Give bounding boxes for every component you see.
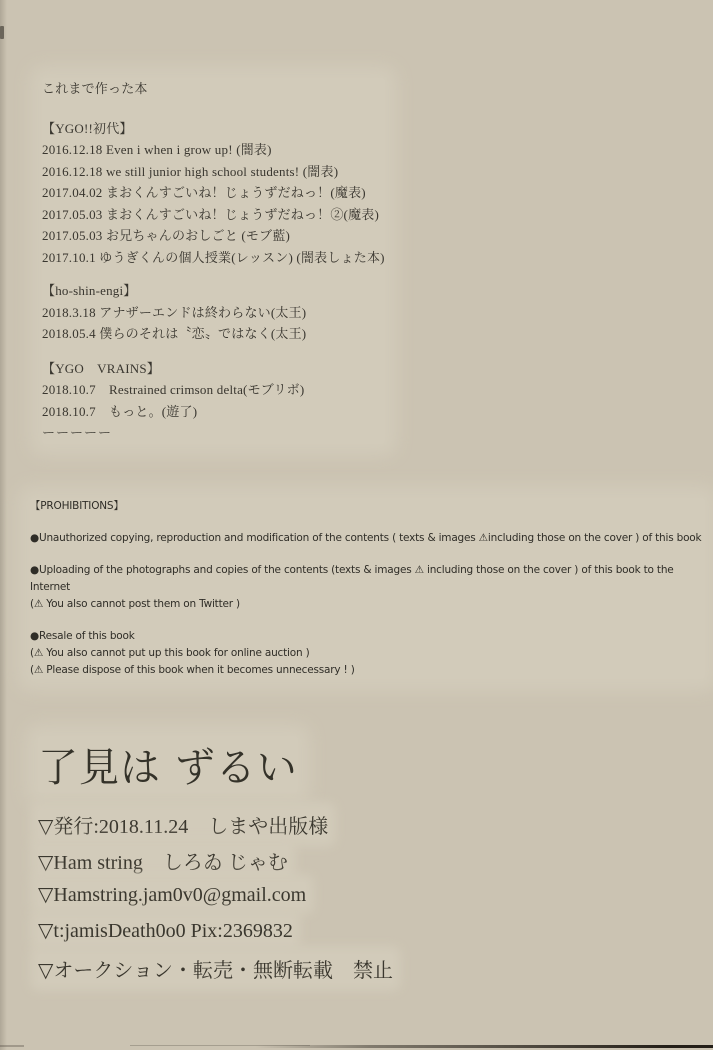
scan-artifact-mark	[0, 26, 4, 39]
scan-bottom-left-mark	[0, 1045, 24, 1047]
colophon-line: ▽t:jamisDeath0o0 Pix:2369832	[38, 918, 393, 944]
colophon-line-text: ▽t:jamisDeath0o0 Pix:2369832	[38, 918, 293, 943]
prohibition-line: (⚠ Please dispose of this book when it b…	[30, 662, 705, 679]
section-ygo-vrains: 【YGO VRAINS】 2018.10.7 Restrained crimso…	[42, 358, 385, 423]
colophon-info: ▽発行:2018.11.24 しまや出版様▽Ham string しろゐ じゃむ…	[38, 810, 393, 990]
prohibitions-header: 【PROHIBITIONS】	[30, 498, 705, 515]
section-header: 【YGO VRAINS】	[42, 358, 385, 380]
section-items: 2018.3.18 アナザーエンドは終わらない(太王)2018.05.4 僕らの…	[42, 302, 385, 345]
book-entry: 2018.10.7 Restrained crimson delta(モブリボ)	[42, 379, 385, 401]
colophon-line-text: ▽オークション・転売・無断転載 禁止	[38, 954, 393, 983]
colophon-lines: ▽発行:2018.11.24 しまや出版様▽Ham string しろゐ じゃむ…	[38, 810, 393, 980]
book-entry: 2018.10.7 もっと。(遊了)	[42, 401, 385, 423]
scan-bottom-dark-line	[255, 1045, 713, 1048]
section-header: 【YGO!!初代】	[42, 118, 385, 140]
booklist-intro: これまで作った本	[42, 78, 385, 100]
doujin-title: 了見は ずるい	[38, 736, 298, 793]
section-header: 【ho-shin-engi】	[42, 280, 385, 302]
prohibition-line: ●Resale of this book	[30, 628, 705, 645]
colophon-line: ▽発行:2018.11.24 しまや出版様	[38, 810, 393, 836]
colophon-line-text: ▽Ham string しろゐ じゃむ	[38, 846, 288, 875]
book-entry: 2017.05.03 まおくんすごいね！じょうずだねっ！②(魔表)	[42, 204, 385, 226]
prohibition-line: (⚠ You also cannot put up this book for …	[30, 645, 705, 662]
scanned-colophon-page: これまで作った本 【YGO!!初代】 2016.12.18 Even i whe…	[0, 0, 713, 1050]
colophon-line: ▽Ham string しろゐ じゃむ	[38, 846, 393, 872]
book-entry: 2016.12.18 we still junior high school s…	[42, 161, 385, 183]
book-entry: 2017.04.02 まおくんすごいね！じょうずだねっ！(魔表)	[42, 182, 385, 204]
book-entry: 2016.12.18 Even i when i grow up! (闇表)	[42, 139, 385, 161]
scan-edge-shadow	[0, 0, 7, 1050]
section-ygo-shodai: 【YGO!!初代】 2016.12.18 Even i when i grow …	[42, 118, 385, 269]
prohibition-line: ●Uploading of the photographs and copies…	[30, 562, 705, 596]
prohibitions-block: 【PROHIBITIONS】 ●Unauthorized copying, re…	[30, 498, 705, 679]
colophon-line-text: ▽Hamstring.jam0v0@gmail.com	[38, 882, 306, 907]
book-entry: 2018.3.18 アナザーエンドは終わらない(太王)	[42, 302, 385, 324]
book-entry: 2017.10.1 ゆうぎくんの個人授業(レッスン) (闇表しょた本)	[42, 247, 385, 269]
book-entry: 2018.05.4 僕らのそれは〝恋〟ではなく(太王)	[42, 323, 385, 345]
colophon-line: ▽オークション・転売・無断転載 禁止	[38, 954, 393, 980]
section-hoshin-engi: 【ho-shin-engi】 2018.3.18 アナザーエンドは終わらない(太…	[42, 280, 385, 345]
book-entry: 2017.05.03 お兄ちゃんのおしごと (モブ藍)	[42, 225, 385, 247]
divider-dashes: ーーーーー	[42, 422, 385, 444]
prohibition-line: (⚠ You also cannot post them on Twitter …	[30, 596, 705, 613]
colophon-line: ▽Hamstring.jam0v0@gmail.com	[38, 882, 393, 908]
section-items: 2016.12.18 Even i when i grow up! (闇表)20…	[42, 139, 385, 268]
previous-books-list: これまで作った本 【YGO!!初代】 2016.12.18 Even i whe…	[42, 78, 385, 444]
section-items: 2018.10.7 Restrained crimson delta(モブリボ)…	[42, 379, 385, 422]
prohibitions-lines: ●Unauthorized copying, reproduction and …	[30, 530, 705, 679]
colophon-line-text: ▽発行:2018.11.24 しまや出版様	[38, 810, 328, 839]
prohibition-line: ●Unauthorized copying, reproduction and …	[30, 530, 705, 547]
